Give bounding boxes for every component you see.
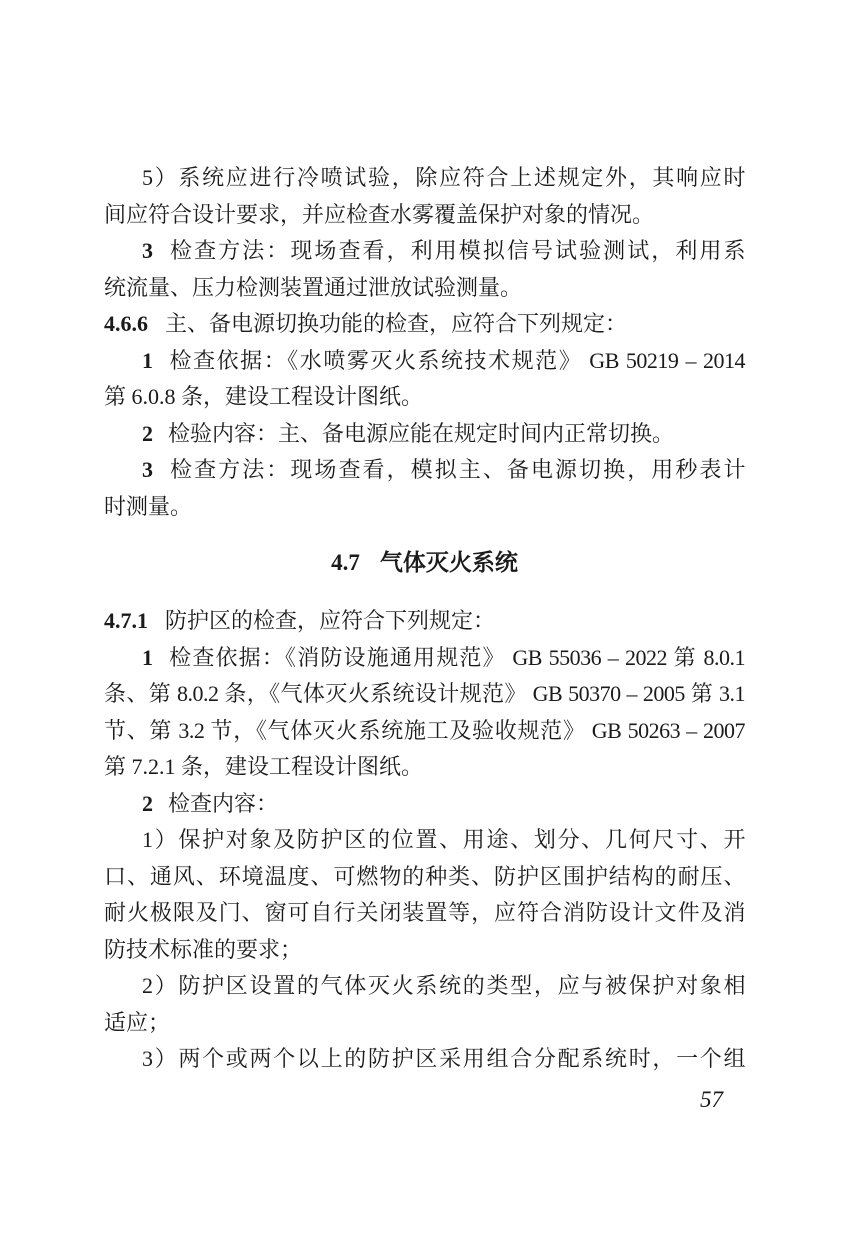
line-text: 统流量、压力检测装置通过泄放试验测量。: [104, 275, 522, 300]
text-line: 3）两个或两个以上的防护区采用组合分配系统时，一个组: [104, 1041, 745, 1078]
item-number: 3: [142, 457, 153, 482]
line-text: 节、第 3.2 节，《气体灭火系统施工及验收规范》 GB 50263 – 200…: [104, 718, 745, 743]
text-line: 3检查方法：现场查看，利用模拟信号试验测试，利用系: [104, 233, 745, 270]
line-text: 防护区的检查，应符合下列规定：: [165, 608, 495, 633]
line-text: 主、备电源切换功能的检查，应符合下列规定：: [165, 311, 627, 336]
clause-number: 4.7.1: [104, 608, 148, 633]
clause-line: 4.7.1防护区的检查，应符合下列规定：: [104, 603, 745, 640]
line-text: 检验内容：主、备电源应能在规定时间内正常切换。: [168, 421, 674, 446]
text-line: 统流量、压力检测装置通过泄放试验测量。: [104, 270, 745, 307]
text-line: 节、第 3.2 节，《气体灭火系统施工及验收规范》 GB 50263 – 200…: [104, 713, 745, 750]
text-line: 第 6.0.8 条，建设工程设计图纸。: [104, 379, 745, 416]
text-line: 3检查方法：现场查看，模拟主、备电源切换，用秒表计: [104, 452, 745, 489]
text-line: 2检查内容：: [104, 786, 745, 823]
line-text: 检查内容：: [168, 791, 278, 816]
line-text: 检查依据：《消防设施通用规范》 GB 55036 – 2022 第 8.0.1: [168, 645, 746, 670]
item-number: 3: [142, 238, 153, 263]
text-line: 1）保护对象及防护区的位置、用途、划分、几何尺寸、开: [104, 822, 745, 859]
line-text: 检查方法：现场查看，利用模拟信号试验测试，利用系: [168, 238, 746, 263]
text-line: 适应；: [104, 1005, 745, 1042]
text-line: 耐火极限及门、窗可自行关闭装置等，应符合消防设计文件及消: [104, 895, 745, 932]
line-text: 耐火极限及门、窗可自行关闭装置等，应符合消防设计文件及消: [104, 900, 745, 925]
line-text: 条、第 8.0.2 条，《气体灭火系统设计规范》 GB 50370 – 2005…: [104, 681, 745, 706]
item-number: 1: [142, 645, 153, 670]
text-line: 1检查依据：《消防设施通用规范》 GB 55036 – 2022 第 8.0.1: [104, 640, 745, 677]
clause-number: 4.6.6: [104, 311, 148, 336]
text-line: 1检查依据：《水喷雾灭火系统技术规范》 GB 50219 – 2014: [104, 343, 745, 380]
text-line: 时测量。: [104, 489, 745, 526]
line-text: 5）系统应进行冷喷试验，除应符合上述规定外，其响应时: [142, 165, 745, 190]
line-text: 检查方法：现场查看，模拟主、备电源切换，用秒表计: [168, 457, 746, 482]
line-text: 防技术标准的要求；: [104, 937, 302, 962]
line-text: 口、通风、环境温度、可燃物的种类、防护区围护结构的耐压、: [104, 864, 745, 889]
text-line: 间应符合设计要求，并应检查水雾覆盖保护对象的情况。: [104, 197, 745, 234]
line-text: 第 7.2.1 条，建设工程设计图纸。: [104, 754, 423, 779]
clause-line: 4.6.6主、备电源切换功能的检查，应符合下列规定：: [104, 306, 745, 343]
line-text: 3）两个或两个以上的防护区采用组合分配系统时，一个组: [142, 1046, 745, 1071]
text-line: 第 7.2.1 条，建设工程设计图纸。: [104, 749, 745, 786]
item-number: 2: [142, 791, 153, 816]
page-number: 57: [104, 1082, 745, 1119]
document-body: 5）系统应进行冷喷试验，除应符合上述规定外，其响应时间应符合设计要求，并应检查水…: [104, 160, 745, 1078]
line-text: 1）保护对象及防护区的位置、用途、划分、几何尺寸、开: [142, 827, 745, 852]
text-line: 2）防护区设置的气体灭火系统的类型，应与被保护对象相: [104, 968, 745, 1005]
line-text: 检查依据：《水喷雾灭火系统技术规范》 GB 50219 – 2014: [168, 348, 746, 373]
line-text: 间应符合设计要求，并应检查水雾覆盖保护对象的情况。: [104, 202, 654, 227]
line-text: 时测量。: [104, 494, 192, 519]
section-heading-title: 气体灭火系统: [380, 550, 518, 575]
text-line: 条、第 8.0.2 条，《气体灭火系统设计规范》 GB 50370 – 2005…: [104, 676, 745, 713]
section-heading-number: 4.7: [331, 550, 360, 575]
text-line: 口、通风、环境温度、可燃物的种类、防护区围护结构的耐压、: [104, 859, 745, 896]
item-number: 2: [142, 421, 153, 446]
text-line: 5）系统应进行冷喷试验，除应符合上述规定外，其响应时: [104, 160, 745, 197]
line-text: 2）防护区设置的气体灭火系统的类型，应与被保护对象相: [142, 973, 745, 998]
item-number: 1: [142, 348, 153, 373]
line-text: 第 6.0.8 条，建设工程设计图纸。: [104, 384, 423, 409]
text-line: 2检验内容：主、备电源应能在规定时间内正常切换。: [104, 416, 745, 453]
section-heading: 4.7气体灭火系统: [104, 545, 745, 582]
line-text: 适应；: [104, 1010, 170, 1035]
text-line: 防技术标准的要求；: [104, 932, 745, 969]
document-page: { "page": { "number": "57", "background"…: [0, 0, 863, 1235]
